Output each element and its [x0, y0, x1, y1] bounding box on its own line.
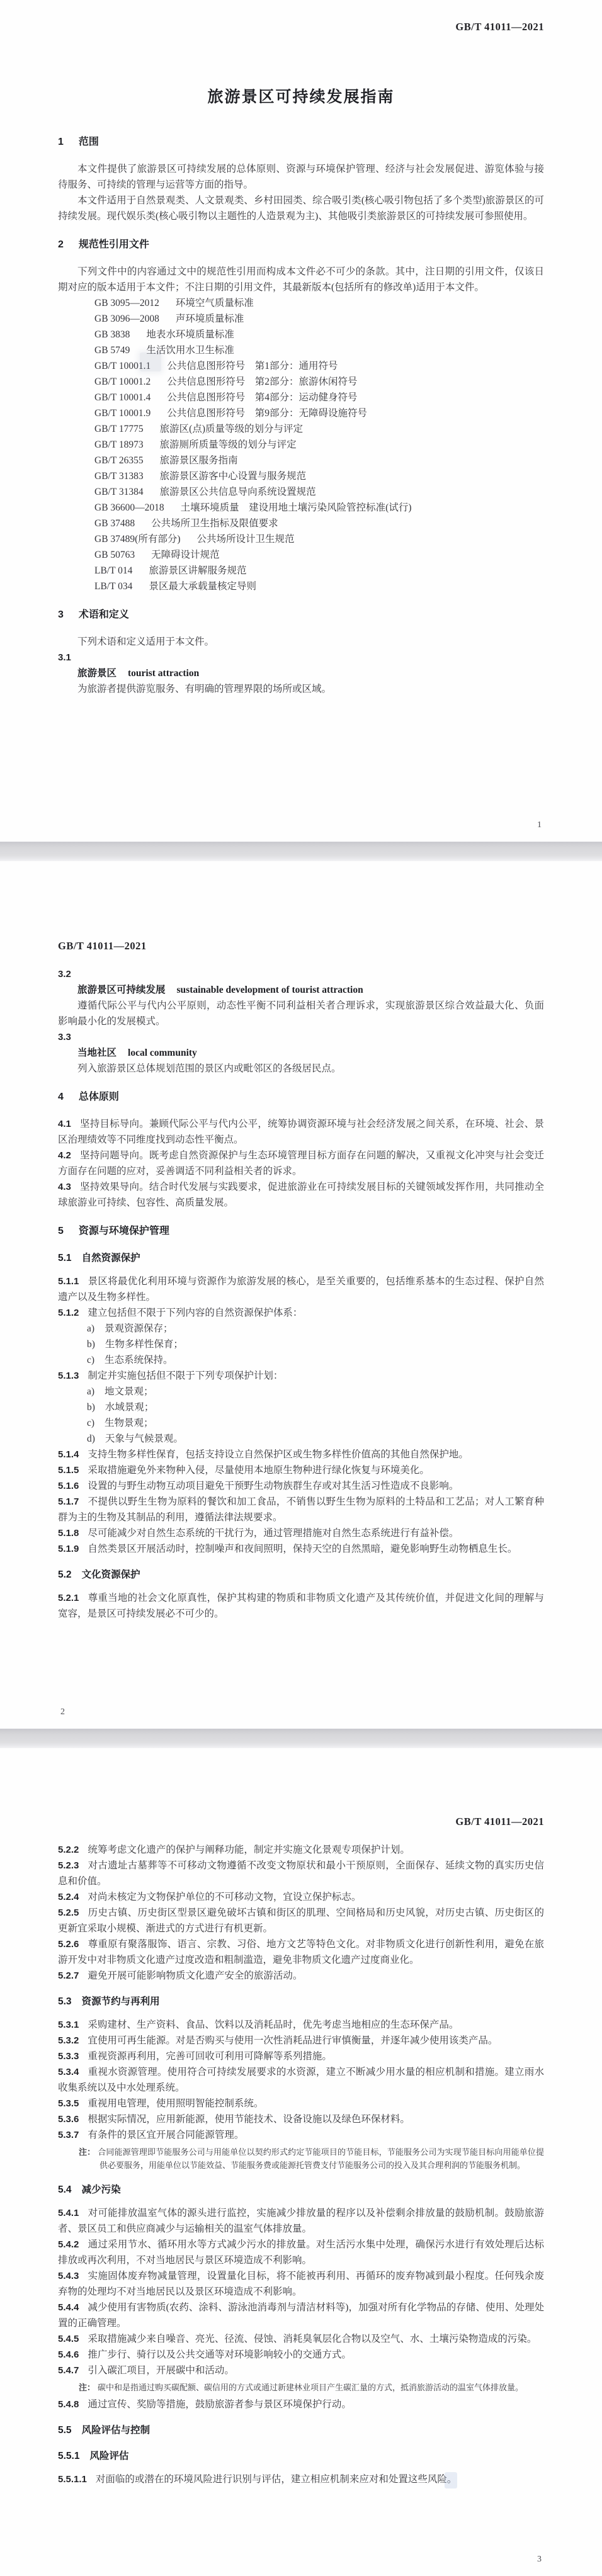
clause-text: 景区将最优化利用环境与资源作为旅游发展的核心，是至关重要的，包括维系基本的生态过… — [58, 1276, 544, 1302]
term-chinese: 当地社区 — [77, 1048, 116, 1058]
paragraph: 下列文件中的内容通过文中的规范性引用而构成本文件必不可少的条款。其中，注日期的引… — [58, 264, 544, 295]
clause-text: 设置的与野生动物互动项目避免干预野生动物族群生存或对其生活习性造成不良影响。 — [88, 1481, 458, 1491]
reference-item: GB 3095—2012环境空气质量标准 — [58, 295, 544, 311]
clause: 5.1.1景区将最优化利用环境与资源作为旅游发展的核心，是至关重要的，包括维系基… — [58, 1274, 544, 1305]
clause: 5.1.8尽可能减少对自然生态系统的干扰行为，通过管理措施对自然生态系统进行有益… — [58, 1525, 544, 1541]
clause-number: 5.2.3 — [58, 1860, 79, 1871]
clause: 5.1.2建立包括但不限于下列内容的自然资源保护体系： — [58, 1305, 544, 1321]
clause: 5.2.7避免开展可能影响物质文化遗产安全的旅游活动。 — [58, 1968, 544, 1984]
subsection-title: 资源节约与再利用 — [82, 1996, 160, 2007]
clause-number: 5.4.5 — [58, 2334, 79, 2344]
chapter-heading: 5资源与环境保护管理 — [58, 1223, 544, 1239]
term-number: 3.1 — [58, 650, 544, 665]
clause-text: 推广步行、骑行以及公共交通等对环境影响较小的交通方式。 — [88, 2349, 351, 2360]
clause-text: 坚持问题导向。既考虑自然资源保护与生态环境管理目标方面存在问题的解决，又重视文化… — [58, 1150, 544, 1177]
reference-code: LB/T 014 — [94, 565, 132, 576]
clause-number: 5.5.1.1 — [58, 2474, 87, 2485]
page-separator — [0, 842, 602, 861]
reference-item: GB 5749生活饮用水卫生标准 — [58, 342, 544, 358]
list-marker: d) — [87, 1433, 95, 1444]
clause-text: 通过宣传、奖励等措施，鼓励旅游者参与景区环境保护行动。 — [88, 2399, 351, 2410]
reference-title: 无障碍设计规范 — [151, 550, 220, 560]
subsection-number: 5.1 — [58, 1253, 72, 1263]
reference-code: GB/T 17775 — [94, 424, 144, 434]
reference-title: 公共信息图形符号 第9部分：无障碍设施符号 — [167, 408, 367, 419]
paragraph: 下列术语和定义适用于本文件。 — [58, 634, 544, 650]
list-text: 地文景观； — [105, 1386, 154, 1397]
clause-number: 5.4.4 — [58, 2302, 79, 2313]
list-text: 生物景观； — [105, 1418, 154, 1428]
subsection-heading: 5.5风险评估与控制 — [58, 2422, 544, 2438]
chapter-heading: 1范围 — [58, 134, 544, 150]
list-item: d)天象与气候景观。 — [58, 1431, 544, 1447]
clause-text: 坚持效果导向。结合时代发展与实践要求，促进旅游业在可持续发展目标的关键领域发挥作… — [58, 1182, 544, 1208]
clause-text: 自然类景区开展活动时，控制噪声和夜间照明，保持天空的自然黑暗，避免影响野生动物栖… — [88, 1544, 517, 1554]
list-item: c)生态系统保持。 — [58, 1352, 544, 1368]
clause-number: 5.3.5 — [58, 2098, 79, 2109]
clause-number: 5.3.4 — [58, 2067, 79, 2077]
reference-item: LB/T 014旅游景区讲解服务规范 — [58, 563, 544, 579]
clause-text: 对可能排放温室气体的源头进行监控，实施减少排放量的程序以及补偿剩余排放量的鼓励机… — [58, 2208, 544, 2234]
list-item: a)地文景观； — [58, 1384, 544, 1399]
clause-number: 5.1.5 — [58, 1465, 79, 1476]
clause-number: 5.4.2 — [58, 2239, 79, 2250]
reference-code: GB/T 10001.1 — [94, 361, 150, 371]
list-marker: b) — [87, 1339, 95, 1350]
clause: 5.4.2通过采用节水、循环用水等方式减少污水的排放量。对生活污水集中处理，确保… — [58, 2237, 544, 2268]
reference-item: GB/T 10001.9公共信息图形符号 第9部分：无障碍设施符号 — [58, 405, 544, 421]
reference-title: 景区最大承载量核定导则 — [149, 581, 256, 592]
reference-item: GB 50763无障碍设计规范 — [58, 547, 544, 563]
clause-number: 5.4.3 — [58, 2271, 79, 2281]
note-text: 碳中和是指通过购买碳配额、碳信用的方式或通过新建林业项目产生碳汇量的方式，抵消旅… — [98, 2383, 523, 2392]
note-label: 注： — [79, 2147, 95, 2157]
reference-code: GB 50763 — [94, 550, 135, 560]
clause: 5.1.9自然类景区开展活动时，控制噪声和夜间照明，保持天空的自然黑暗，避免影响… — [58, 1541, 544, 1557]
reference-code: GB 37488 — [94, 518, 135, 529]
reference-title: 旅游景区讲解服务规范 — [149, 565, 246, 576]
clause-text: 避免开展可能影响物质文化遗产安全的旅游活动。 — [88, 1970, 302, 1981]
subsection-title: 风险评估与控制 — [82, 2425, 150, 2436]
clause: 5.2.1尊重当地的社会文化原真性，保护其构建的物质和非物质文化遗产及其传统价值… — [58, 1590, 544, 1622]
chapter-heading: 2规范性引用文件 — [58, 237, 544, 252]
list-marker: a) — [87, 1323, 94, 1334]
clause-text: 采购建材、生产资料、食品、饮料以及消耗品时，优先考虑当地相应的生态环保产品。 — [88, 2020, 458, 2030]
subsection-title: 文化资源保护 — [82, 1569, 140, 1580]
clause: 5.4.7引入碳汇项目，开展碳中和活动。 — [58, 2363, 544, 2378]
clause-number: 5.1.4 — [58, 1449, 79, 1460]
chapter-number: 2 — [58, 239, 64, 250]
clause-number: 5.2.7 — [58, 1970, 79, 1981]
paragraph: 列入旅游景区总体规划范围的景区内或毗邻区的各级居民点。 — [58, 1061, 544, 1076]
page-number: 1 — [537, 820, 542, 830]
subsection-title: 自然资源保护 — [82, 1253, 140, 1263]
reference-title: 旅游厕所质量等级的划分与评定 — [160, 439, 297, 450]
clause-number: 5.3.2 — [58, 2035, 79, 2046]
clause-text: 引入碳汇项目，开展碳中和活动。 — [88, 2365, 234, 2376]
reference-code: GB/T 18973 — [94, 439, 144, 450]
reference-item: GB/T 31384旅游景区公共信息导向系统设置规范 — [58, 484, 544, 500]
clause-text: 实施固体废弃物减量管理，设置量化目标，将不能被再利用、再循环的废弃物减到最小程度… — [58, 2271, 544, 2297]
clause-text: 对面临的或潜在的环境风险进行识别与评估，建立相应机制来应对和处置这些风险。 — [96, 2474, 457, 2485]
term-english: sustainable development of tourist attra… — [177, 985, 363, 995]
clause-text: 采取措施避免外来物种入侵，尽量使用本地原生物种进行绿化恢复与环境美化。 — [88, 1465, 429, 1476]
reference-code: GB 5749 — [94, 345, 130, 356]
reference-title: 公共信息图形符号 第4部分：运动健身符号 — [167, 392, 357, 403]
clause-number: 5.3.7 — [58, 2130, 79, 2140]
reference-title: 旅游区(点)质量等级的划分与评定 — [160, 424, 303, 434]
reference-code: GB/T 26355 — [94, 455, 144, 466]
list-text: 生物多样性保育； — [105, 1339, 183, 1350]
clause-number: 5.2.6 — [58, 1939, 79, 1950]
chapter-number: 4 — [58, 1092, 64, 1102]
clause: 5.1.7不提供以野生生物为原料的餐饮和加工食品，不销售以野生生物为原料的土特品… — [58, 1494, 544, 1525]
term-english: tourist attraction — [128, 668, 199, 679]
chapter-number: 1 — [58, 137, 64, 147]
reference-title: 公共场所卫生指标及限值要求 — [151, 518, 278, 529]
reference-code: GB/T 10001.2 — [94, 376, 150, 387]
chapter-title: 规范性引用文件 — [79, 239, 149, 250]
list-text: 景观资源保存； — [105, 1323, 173, 1334]
list-item: c)生物景观； — [58, 1415, 544, 1431]
reference-code: GB/T 31384 — [94, 487, 144, 497]
list-marker: c) — [87, 1418, 94, 1428]
list-text: 生态系统保持。 — [105, 1355, 173, 1365]
clause-number: 5.3.6 — [58, 2114, 79, 2125]
reference-item: GB/T 10001.1公共信息图形符号 第1部分：通用符号 — [58, 358, 544, 374]
subsection-title: 风险评估 — [89, 2451, 128, 2461]
clause: 5.2.3对古遗址古墓葬等不可移动文物遵循不改变文物原状和最小干预原则，全面保存… — [58, 1858, 544, 1889]
reference-code: GB 36600—2018 — [94, 502, 164, 513]
clause: 5.5.1.1对面临的或潜在的环境风险进行识别与评估，建立相应机制来应对和处置这… — [58, 2471, 544, 2487]
list-item: a)景观资源保存； — [58, 1321, 544, 1336]
paragraph: 遵循代际公平与代内公平原则，动态性平衡不同利益相关者合理诉求，实现旅游景区综合效… — [58, 998, 544, 1029]
page-separator — [0, 1729, 602, 1748]
reference-title: 土壤环境质量 建设用地土壤污染风险管控标准(试行) — [181, 502, 412, 513]
clause: 5.1.4支持生物多样性保育，包括支持设立自然保护区或生物多样性价值高的其他自然… — [58, 1447, 544, 1462]
note-label: 注： — [79, 2383, 95, 2392]
clause: 5.3.6根据实际情况，应用新能源，使用节能技术、设备设施以及绿色环保材料。 — [58, 2111, 544, 2127]
term-english: local community — [128, 1048, 197, 1058]
clause-number: 5.4.7 — [58, 2365, 79, 2376]
clause-text: 不提供以野生生物为原料的餐饮和加工食品，不销售以野生生物为原料的土特品和工艺品；… — [58, 1496, 544, 1523]
reference-code: GB 3838 — [94, 329, 130, 340]
term: 旅游景区tourist attraction — [58, 665, 544, 681]
reference-title: 生活饮用水卫生标准 — [146, 345, 234, 356]
clause-text: 宜使用可再生能源。对是否购买与使用一次性消耗品进行审慎衡量，并逐年减少使用该类产… — [88, 2035, 497, 2046]
list-text: 水域景观； — [105, 1402, 154, 1413]
clause: 5.4.4减少使用有害物质(农药、涂料、游泳池消毒剂与清洁材料等)，加强对所有化… — [58, 2300, 544, 2331]
reference-title: 地表水环境质量标准 — [146, 329, 234, 340]
clause: 5.2.5历史古镇、历史街区型景区避免破坏古镇和街区的肌理、空间格局和历史风貌，… — [58, 1905, 544, 1936]
clause-text: 建立包括但不限于下列内容的自然资源保护体系： — [88, 1308, 302, 1318]
reference-code: LB/T 034 — [94, 581, 132, 592]
clause-number: 5.1.8 — [58, 1528, 79, 1539]
reference-title: 旅游景区服务指南 — [160, 455, 238, 466]
running-header: GB/T 41011—2021 — [58, 19, 544, 35]
subsection-title: 减少污染 — [82, 2184, 121, 2195]
reference-title: 公共场所设计卫生规范 — [196, 534, 294, 545]
clause-number: 5.2.4 — [58, 1892, 79, 1902]
clause: 5.2.6尊重原有聚落服饰、语言、宗教、习俗、地方文艺等特色文化。对非物质文化进… — [58, 1936, 544, 1968]
subsection-number: 5.2 — [58, 1569, 72, 1580]
clause-number: 4.2 — [58, 1150, 71, 1161]
subsection-number: 5.3 — [58, 1996, 72, 2007]
reference-code: GB/T 10001.4 — [94, 392, 150, 403]
chapter-title: 总体原则 — [79, 1092, 119, 1102]
page-3: GB/T 41011—20215.2.2统筹考虑文化遗产的保护与阐释功能，制定并… — [0, 1748, 602, 2576]
clause-number: 5.1.1 — [58, 1276, 79, 1287]
clause: 5.4.6推广步行、骑行以及公共交通等对环境影响较小的交通方式。 — [58, 2347, 544, 2363]
running-header: GB/T 41011—2021 — [58, 938, 544, 954]
reference-item: GB 37488公共场所卫生指标及限值要求 — [58, 516, 544, 531]
chapter-number: 5 — [58, 1226, 64, 1236]
reference-title: 声环境质量标准 — [176, 314, 244, 324]
term-number: 3.2 — [58, 966, 544, 982]
reference-item: GB 37489(所有部分)公共场所设计卫生规范 — [58, 531, 544, 547]
clause-text: 重视资源再利用，完善可回收可利用可降解等系列措施。 — [88, 2051, 332, 2062]
term-chinese: 旅游景区 — [77, 668, 116, 679]
reference-title: 公共信息图形符号 第2部分：旅游休闲符号 — [167, 376, 357, 387]
clause-number: 5.4.1 — [58, 2208, 79, 2218]
document-title: 旅游景区可持续发展指南 — [58, 85, 544, 109]
clause-text: 统筹考虑文化遗产的保护与阐释功能，制定并实施文化景观专项保护计划。 — [88, 1844, 410, 1855]
clause-number: 5.2.5 — [58, 1907, 79, 1918]
subsection-heading: 5.3资源节约与再利用 — [58, 1994, 544, 2009]
list-item: b)生物多样性保育； — [58, 1336, 544, 1352]
clause: 5.3.2宜使用可再生能源。对是否购买与使用一次性消耗品进行审慎衡量，并逐年减少… — [58, 2033, 544, 2048]
subsection-heading: 5.1自然资源保护 — [58, 1250, 544, 1266]
clause-text: 减少使用有害物质(农药、涂料、游泳池消毒剂与清洁材料等)，加强对所有化学物品的存… — [58, 2302, 544, 2329]
clause: 5.3.5重视用电管理，使用照明智能控制系统。 — [58, 2096, 544, 2111]
reference-item: GB/T 17775旅游区(点)质量等级的划分与评定 — [58, 421, 544, 437]
page-number: 2 — [60, 1707, 65, 1717]
reference-code: GB 3095—2012 — [94, 298, 159, 308]
subsection-heading: 5.5.1风险评估 — [58, 2448, 544, 2464]
clause: 5.2.2统筹考虑文化遗产的保护与阐释功能，制定并实施文化景观专项保护计划。 — [58, 1842, 544, 1858]
reference-item: GB/T 10001.2公共信息图形符号 第2部分：旅游休闲符号 — [58, 374, 544, 390]
term: 旅游景区可持续发展sustainable development of tour… — [58, 982, 544, 998]
clause-number: 5.2.2 — [58, 1844, 79, 1855]
reference-item: GB/T 18973旅游厕所质量等级的划分与评定 — [58, 437, 544, 453]
clause: 5.1.5采取措施避免外来物种入侵，尽量使用本地原生物种进行绿化恢复与环境美化。 — [58, 1462, 544, 1478]
clause: 5.3.3重视资源再利用，完善可回收可利用可降解等系列措施。 — [58, 2048, 544, 2064]
clause: 5.3.7有条件的景区宜开展合同能源管理。 — [58, 2127, 544, 2143]
paragraph: 本文件适用于自然景观类、人文景观类、乡村田园类、综合吸引类(核心吸引物包括了多个… — [58, 193, 544, 224]
page-1: GB/T 41011—2021旅游景区可持续发展指南1范围本文件提供了旅游景区可… — [0, 0, 602, 842]
reference-item: GB 3838地表水环境质量标准 — [58, 327, 544, 342]
subsection-heading: 5.2文化资源保护 — [58, 1567, 544, 1583]
clause-text: 重视用电管理，使用照明智能控制系统。 — [88, 2098, 263, 2109]
note-text: 合同能源管理即节能服务公司与用能单位以契约形式约定节能项目的节能目标，节能服务公… — [98, 2147, 544, 2170]
reference-title: 公共信息图形符号 第1部分：通用符号 — [167, 361, 338, 371]
page-number: 3 — [537, 2555, 542, 2565]
reference-item: LB/T 034景区最大承载量核定导则 — [58, 579, 544, 594]
clause: 5.4.5采取措施减少来自噪音、亮光、径流、侵蚀、消耗臭氧层化合物以及空气、水、… — [58, 2331, 544, 2347]
clause-text: 根据实际情况，应用新能源，使用节能技术、设备设施以及绿色环保材料。 — [88, 2114, 410, 2125]
reference-item: GB/T 26355旅游景区服务指南 — [58, 453, 544, 468]
subsection-heading: 5.4减少污染 — [58, 2182, 544, 2198]
paragraph: 本文件提供了旅游景区可持续发展的总体原则、资源与环境保护管理、经济与社会发展促进… — [58, 161, 544, 193]
clause: 5.2.4对尚未核定为文物保护单位的不可移动文物，宜设立保护标志。 — [58, 1889, 544, 1905]
clause-number: 4.3 — [58, 1182, 71, 1192]
subsection-number: 5.5 — [58, 2425, 72, 2436]
chapter-title: 资源与环境保护管理 — [79, 1226, 169, 1236]
clause-text: 尽可能减少对自然生态系统的干扰行为，通过管理措施对自然生态系统进行有益补偿。 — [88, 1528, 458, 1539]
paragraph: 为旅游者提供游览服务、有明确的管理界限的场所或区域。 — [58, 681, 544, 697]
reference-code: GB/T 10001.9 — [94, 408, 150, 419]
reference-item: GB 3096—2008声环境质量标准 — [58, 311, 544, 327]
clause-text: 尊重当地的社会文化原真性，保护其构建的物质和非物质文化遗产及其传统价值，并促进文… — [58, 1593, 544, 1619]
clause-text: 对古遗址古墓葬等不可移动文物遵循不改变文物原状和最小干预原则，全面保存、延续文物… — [58, 1860, 544, 1887]
reference-item: GB/T 10001.4公共信息图形符号 第4部分：运动健身符号 — [58, 390, 544, 405]
list-marker: a) — [87, 1386, 94, 1397]
chapter-number: 3 — [58, 609, 64, 620]
term: 当地社区local community — [58, 1045, 544, 1061]
reference-title: 旅游景区公共信息导向系统设置规范 — [160, 487, 316, 497]
clause-number: 5.3.3 — [58, 2051, 79, 2062]
clause-text: 支持生物多样性保育，包括支持设立自然保护区或生物多样性价值高的其他自然保护地。 — [88, 1449, 469, 1460]
term-number: 3.3 — [58, 1029, 544, 1045]
reference-item: GB 36600—2018土壤环境质量 建设用地土壤污染风险管控标准(试行) — [58, 500, 544, 516]
clause: 5.4.8通过宣传、奖励等措施，鼓励旅游者参与景区环境保护行动。 — [58, 2397, 544, 2412]
clause: 5.4.3实施固体废弃物减量管理，设置量化目标，将不能被再利用、再循环的废弃物减… — [58, 2268, 544, 2300]
clause: 5.3.1采购建材、生产资料、食品、饮料以及消耗品时，优先考虑当地相应的生态环保… — [58, 2017, 544, 2033]
chapter-title: 术语和定义 — [79, 609, 129, 620]
clause-text: 尊重原有聚落服饰、语言、宗教、习俗、地方文艺等特色文化。对非物质文化进行创新性利… — [58, 1939, 544, 1965]
list-text: 天象与气候景观。 — [105, 1433, 183, 1444]
reference-code: GB/T 31383 — [94, 471, 144, 482]
document-scan: GB/T 41011—2021旅游景区可持续发展指南1范围本文件提供了旅游景区可… — [0, 0, 602, 2576]
clause: 4.1坚持目标导向。兼顾代际公平与代内公平，统筹协调资源环境与社会经济发展之间关… — [58, 1116, 544, 1148]
clause-text: 历史古镇、历史街区型景区避免破坏古镇和街区的肌理、空间格局和历史风貌，对历史古镇… — [58, 1907, 544, 1934]
clause-number: 5.4.8 — [58, 2399, 79, 2410]
clause: 4.2坚持问题导向。既考虑自然资源保护与生态环境管理目标方面存在问题的解决，又重… — [58, 1148, 544, 1179]
clause-text: 采取措施减少来自噪音、亮光、径流、侵蚀、消耗臭氧层化合物以及空气、水、土壤污染物… — [88, 2334, 537, 2344]
chapter-heading: 4总体原则 — [58, 1089, 544, 1105]
page-2: GB/T 41011—20213.2旅游景区可持续发展sustainable d… — [0, 861, 602, 1729]
clause-text: 重视水资源管理。使用符合可持续发展要求的水资源，建立不断减少用水量的相应机制和措… — [58, 2067, 544, 2093]
list-marker: c) — [87, 1355, 94, 1365]
clause-number: 4.1 — [58, 1119, 71, 1129]
clause-number: 5.4.6 — [58, 2349, 79, 2360]
clause-number: 5.3.1 — [58, 2020, 79, 2030]
clause-number: 5.2.1 — [58, 1593, 79, 1603]
reference-code: GB 3096—2008 — [94, 314, 159, 324]
reference-code: GB 37489(所有部分) — [94, 534, 180, 545]
clause-number: 5.1.6 — [58, 1481, 79, 1491]
clause-number: 5.1.7 — [58, 1496, 79, 1507]
clause: 5.1.3制定并实施包括但不限于下列专项保护计划： — [58, 1368, 544, 1384]
list-item: b)水域景观； — [58, 1399, 544, 1415]
reference-title: 旅游景区游客中心设置与服务规范 — [160, 471, 307, 482]
clause-text: 对尚未核定为文物保护单位的不可移动文物，宜设立保护标志。 — [88, 1892, 361, 1902]
note: 注：合同能源管理即节能服务公司与用能单位以契约形式约定节能项目的节能目标，节能服… — [58, 2145, 544, 2172]
chapter-heading: 3术语和定义 — [58, 607, 544, 623]
term-chinese: 旅游景区可持续发展 — [77, 985, 166, 995]
subsection-number: 5.5.1 — [58, 2451, 79, 2461]
clause-number: 5.1.2 — [58, 1308, 79, 1318]
clause-text: 制定并实施包括但不限于下列专项保护计划： — [88, 1370, 283, 1381]
clause-text: 坚持目标导向。兼顾代际公平与代内公平，统筹协调资源环境与社会经济发展之间关系，在… — [58, 1119, 544, 1145]
note: 注：碳中和是指通过购买碳配额、碳信用的方式或通过新建林业项目产生碳汇量的方式，抵… — [58, 2381, 544, 2394]
reference-item: GB/T 31383旅游景区游客中心设置与服务规范 — [58, 468, 544, 484]
clause-text: 通过采用节水、循环用水等方式减少污水的排放量。对生活污水集中处理，确保污水进行有… — [58, 2239, 544, 2266]
reference-title: 环境空气质量标准 — [176, 298, 254, 308]
clause: 5.1.6设置的与野生动物互动项目避免干预野生动物族群生存或对其生活习性造成不良… — [58, 1478, 544, 1494]
clause: 5.4.1对可能排放温室气体的源头进行监控，实施减少排放量的程序以及补偿剩余排放… — [58, 2205, 544, 2237]
clause: 5.3.4重视水资源管理。使用符合可持续发展要求的水资源，建立不断减少用水量的相… — [58, 2064, 544, 2096]
running-header: GB/T 41011—2021 — [58, 1814, 544, 1829]
chapter-title: 范围 — [79, 137, 99, 147]
clause: 4.3坚持效果导向。结合时代发展与实践要求，促进旅游业在可持续发展目标的关键领域… — [58, 1179, 544, 1211]
clause-text: 有条件的景区宜开展合同能源管理。 — [88, 2130, 244, 2140]
subsection-number: 5.4 — [58, 2184, 72, 2195]
clause-number: 5.1.9 — [58, 1544, 79, 1554]
clause-number: 5.1.3 — [58, 1370, 79, 1381]
list-marker: b) — [87, 1402, 95, 1413]
